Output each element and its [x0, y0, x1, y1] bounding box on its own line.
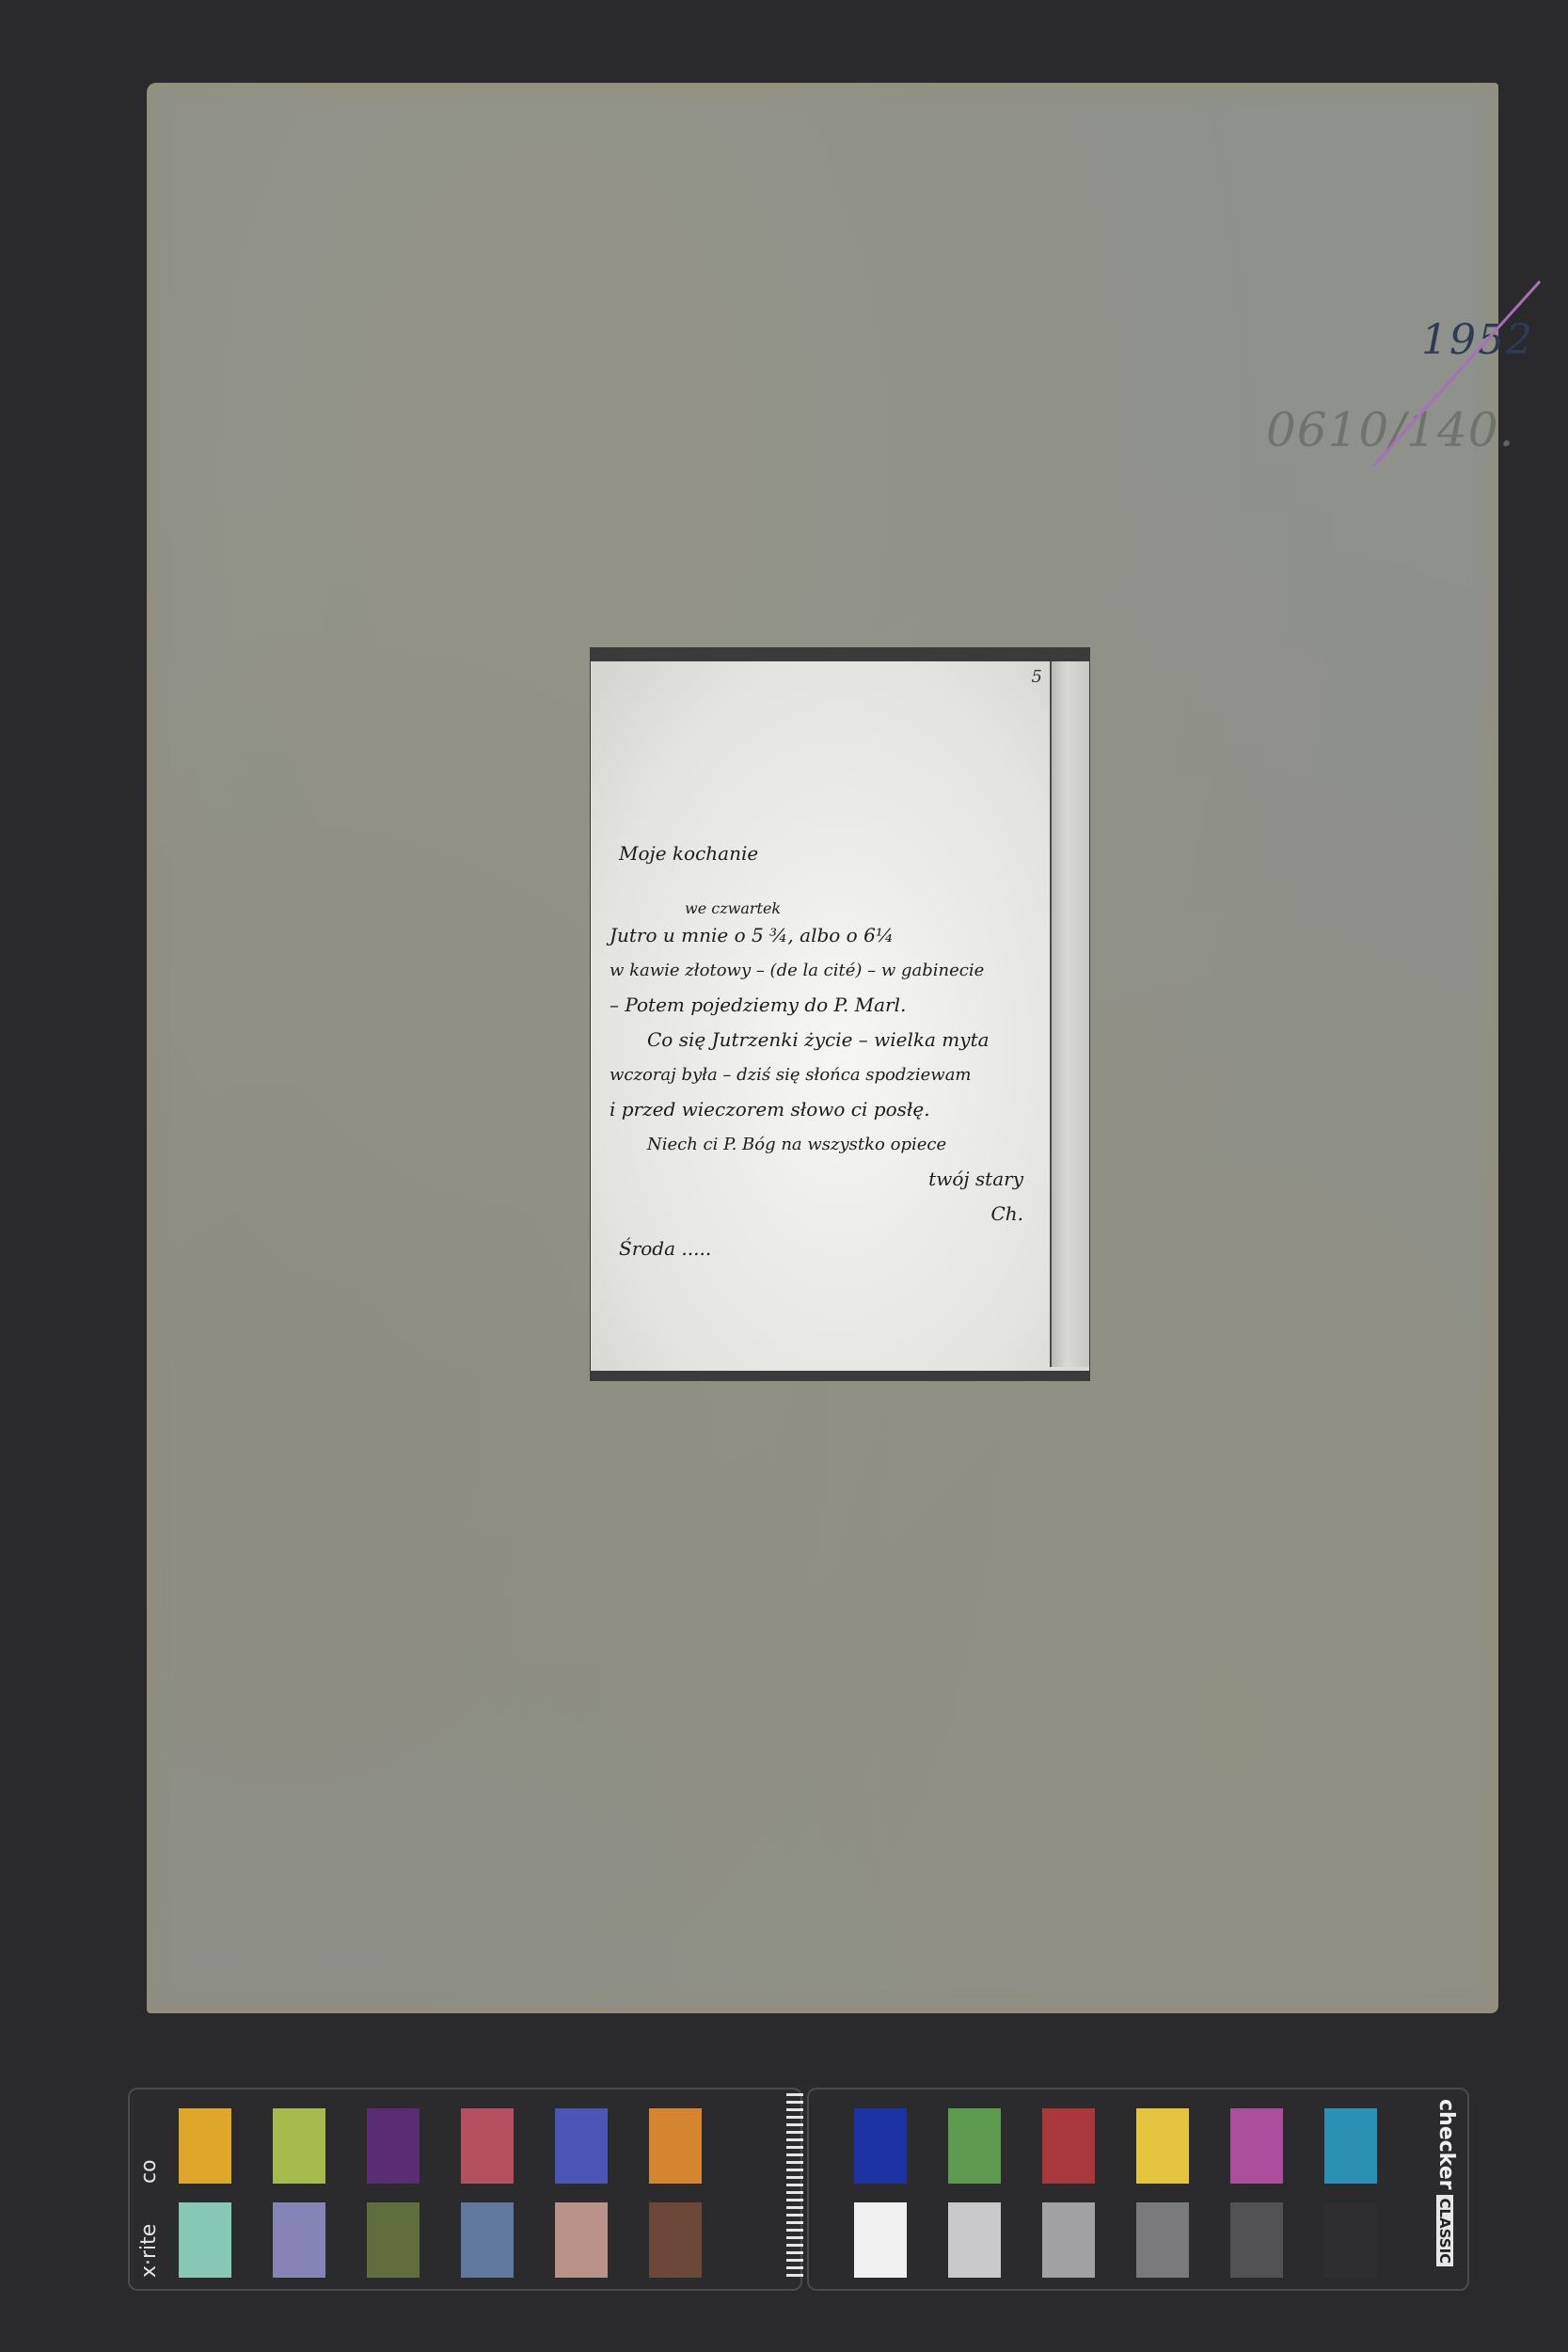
letter-salutation: Moje kochanie [610, 836, 1042, 871]
color-patch [555, 2108, 608, 2184]
brand-name: checker [1434, 2099, 1458, 2189]
letter-photograph: 5 Moje kochanie we czwartek Jutro u mnie… [591, 648, 1089, 1380]
color-patch [1042, 2202, 1095, 2278]
color-patch [367, 2108, 420, 2184]
letter-line: Jutro u mnie o 5 ¾, albo o 6¼ [610, 918, 1042, 953]
letter-date: Środa ..... [610, 1232, 1042, 1266]
letter-line: – Potem pojedziemy do P. Marl. [610, 988, 1042, 1023]
archive-marks: 1952 0610/140. [1257, 309, 1567, 487]
color-patch [1324, 2108, 1377, 2184]
brand-name: x·rite [137, 2224, 161, 2278]
photo-top-edge [591, 648, 1089, 661]
handwritten-letter: Moje kochanie we czwartek Jutro u mnie o… [610, 836, 1042, 1266]
color-patch [1324, 2202, 1377, 2278]
color-patch [179, 2202, 231, 2278]
color-patch [555, 2202, 608, 2278]
letter-signature: Ch. [610, 1197, 1042, 1232]
archive-year-mark: 1952 [1421, 316, 1534, 364]
color-patch [1042, 2108, 1095, 2184]
color-patch [461, 2202, 514, 2278]
letter-line: Co się Jutrzenki życie – wielka myta [610, 1023, 1042, 1057]
letter-line: Niech ci P. Bóg na wszystko opiece [610, 1127, 1042, 1162]
xrite-logo: co x·rite [135, 2118, 164, 2278]
letter-line: w kawie złotowy – (de la cité) – w gabin… [610, 953, 1042, 988]
color-patch [461, 2108, 514, 2184]
color-patch [649, 2108, 702, 2184]
color-patch [1136, 2108, 1189, 2184]
letter-closing: twój stary [610, 1162, 1042, 1197]
checker-label: co [137, 2159, 161, 2184]
color-checker-right: checkerCLASSIC [807, 2088, 1469, 2291]
color-patch [1230, 2108, 1283, 2184]
page-number: 5 [1032, 667, 1042, 687]
color-checker-left: co x·rite [128, 2088, 802, 2291]
letter-insert: we czwartek [610, 899, 1042, 918]
color-patch [948, 2202, 1001, 2278]
color-patch [367, 2202, 420, 2278]
classic-badge: CLASSIC [1436, 2195, 1453, 2266]
color-patch [273, 2108, 325, 2184]
color-patch [649, 2202, 702, 2278]
checker-logo: checkerCLASSIC [1430, 2099, 1462, 2287]
color-patch [854, 2202, 907, 2278]
letter-line: wczoraj była – dziś się słońca spodziewa… [610, 1057, 1042, 1092]
color-patch [948, 2108, 1001, 2184]
letter-line: i przed wieczorem słowo ci posłę. [610, 1092, 1042, 1127]
color-patch [1136, 2202, 1189, 2278]
color-patch [1230, 2202, 1283, 2278]
color-patch [273, 2202, 325, 2278]
color-patch [854, 2108, 907, 2184]
color-patch [179, 2108, 231, 2184]
photo-binding-strip [1050, 661, 1089, 1367]
photo-bottom-edge [591, 1371, 1089, 1380]
